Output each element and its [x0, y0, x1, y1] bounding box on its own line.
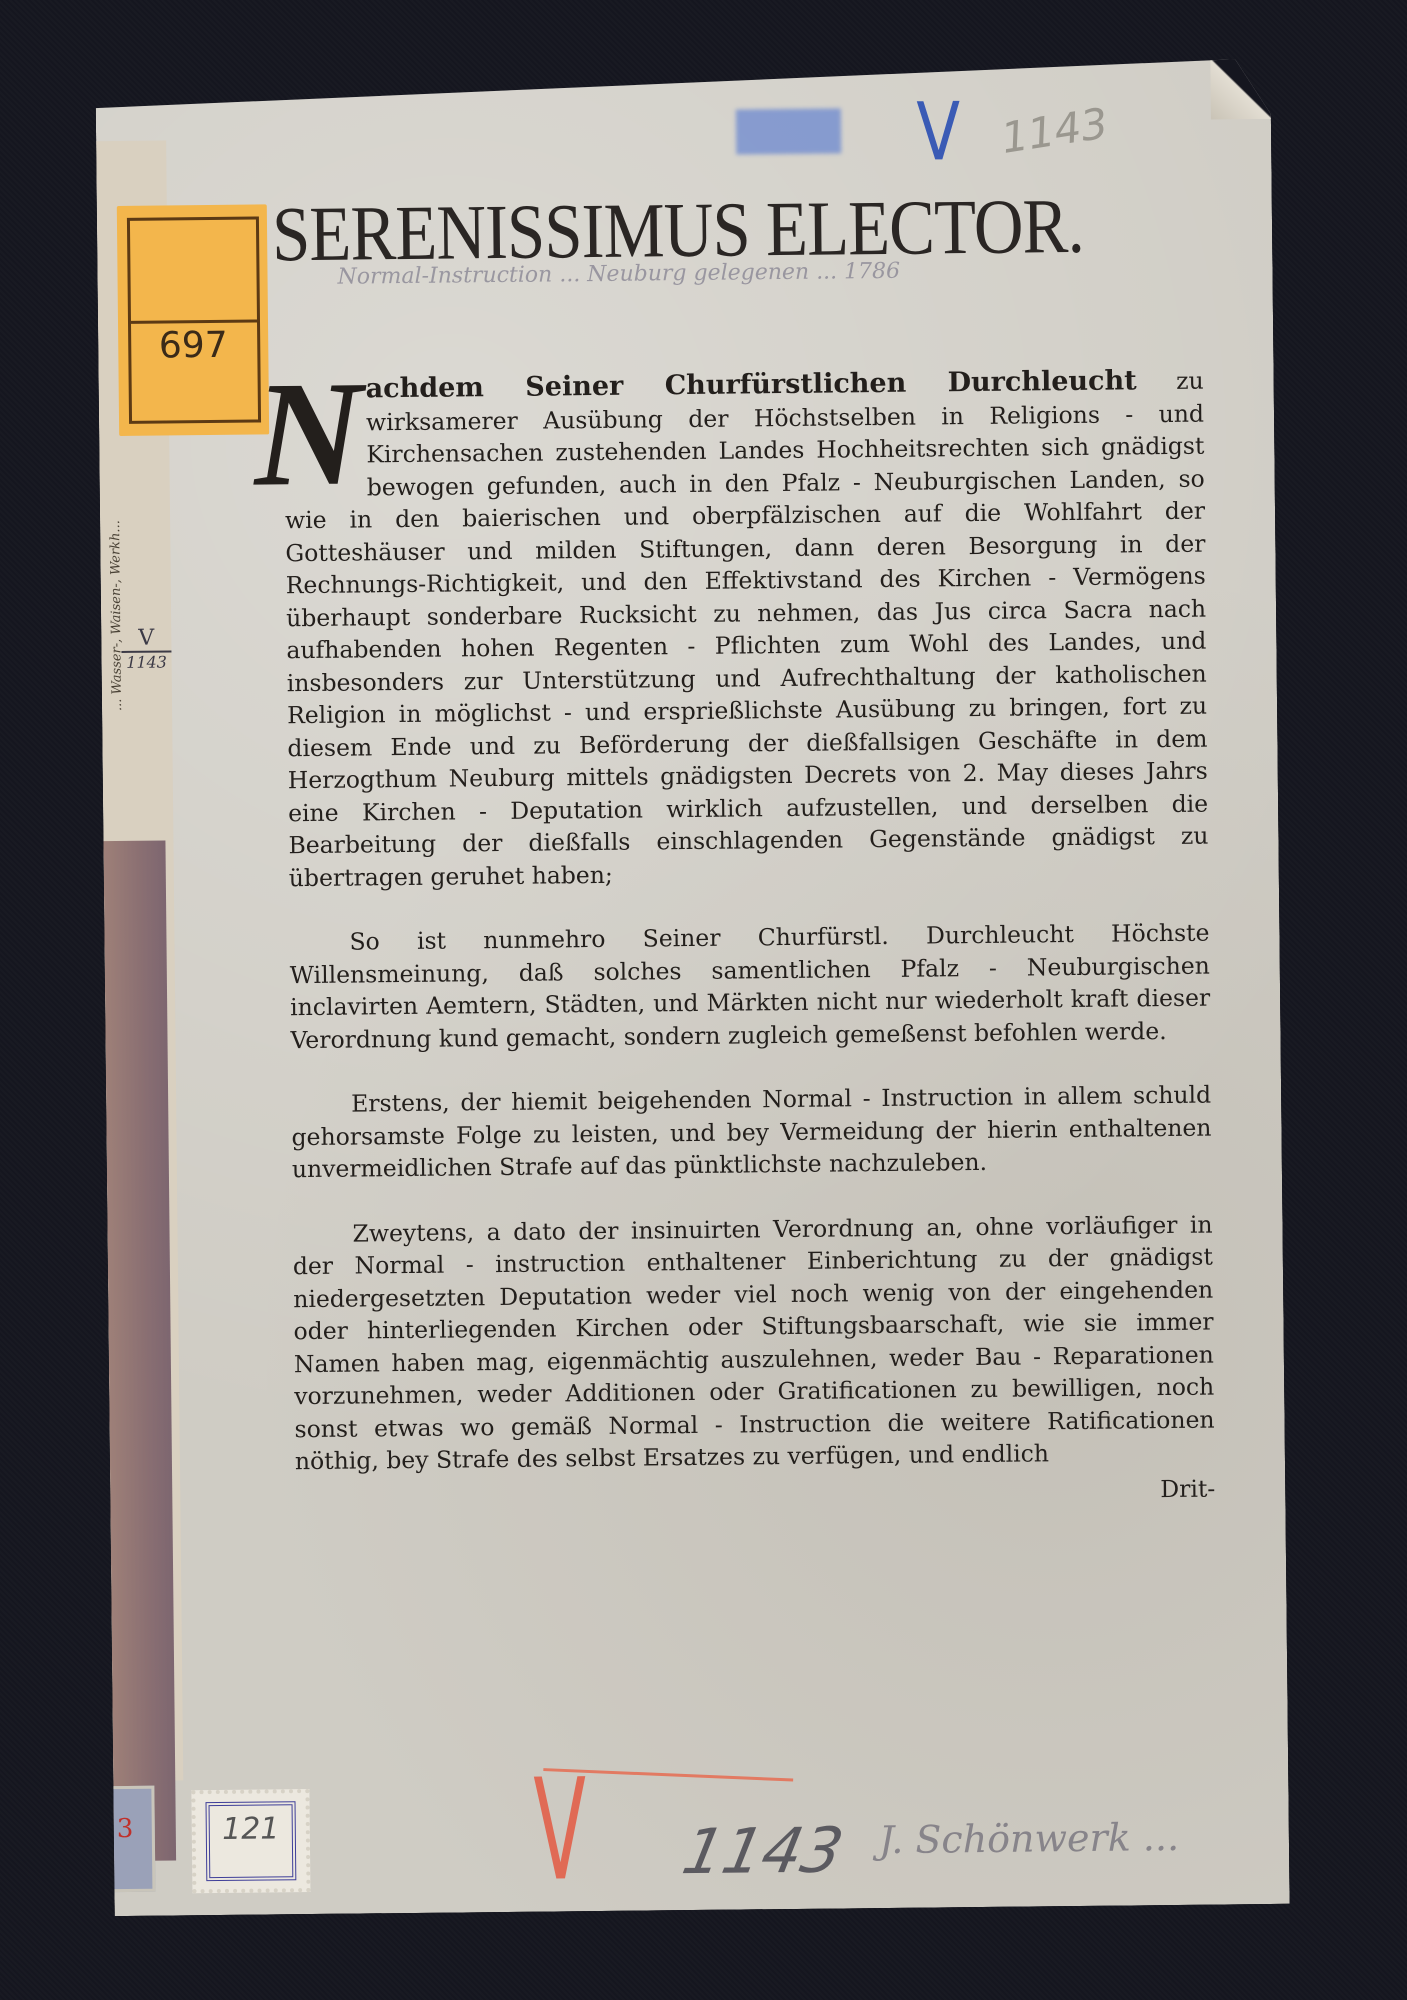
blue-v-mark: V [916, 92, 961, 172]
shelfmark-top: V [121, 625, 171, 653]
folded-corner [1210, 59, 1271, 120]
label-divider [131, 320, 257, 324]
paragraph-2: So ist nunmehro Seiner Churfürstl. Durch… [289, 917, 1210, 1057]
paragraph-1: N achdem Seiner Churfürstlichen Durchleu… [284, 365, 1209, 895]
signature: J. Schönwerk ... [879, 1815, 1180, 1862]
shelfmark-bottom: 1143 [121, 652, 171, 672]
blue-crayon-smudge [736, 108, 841, 154]
first-line: achdem Seiner Churfürstlichen Durchleuch… [366, 365, 1137, 404]
archive-label: 697 [117, 204, 269, 436]
shelfmark: V 1143 [121, 625, 171, 672]
small-stamp-mark: 3 [117, 1814, 134, 1844]
red-v-mark: V [533, 1761, 587, 1902]
document-page: ... Wasser-, Waisen-, Werkh... 697 V 114… [95, 59, 1289, 1916]
stamp-number: 121 [196, 1811, 306, 1847]
label-number: 697 [118, 324, 268, 367]
document-body: N achdem Seiner Churfürstlichen Durchleu… [284, 365, 1216, 1515]
paragraph-3: Erstens, der hiemit beigehenden Normal -… [291, 1079, 1212, 1186]
pencil-number-bottom: 1143 [677, 1813, 850, 1888]
drop-cap: N [254, 374, 355, 495]
pencil-number-top: 1143 [998, 98, 1111, 162]
number-stamp: 121 [191, 1789, 310, 1893]
binding-cloth [103, 841, 176, 1862]
paragraph-text: zu wirksamerer Ausübung der Höchstselben… [285, 367, 1209, 892]
catchword: Drit- [295, 1472, 1215, 1514]
paragraph-4: Zweytens, a dato der insinuirten Verordn… [292, 1208, 1215, 1478]
small-stamp: 3 [108, 1786, 155, 1892]
